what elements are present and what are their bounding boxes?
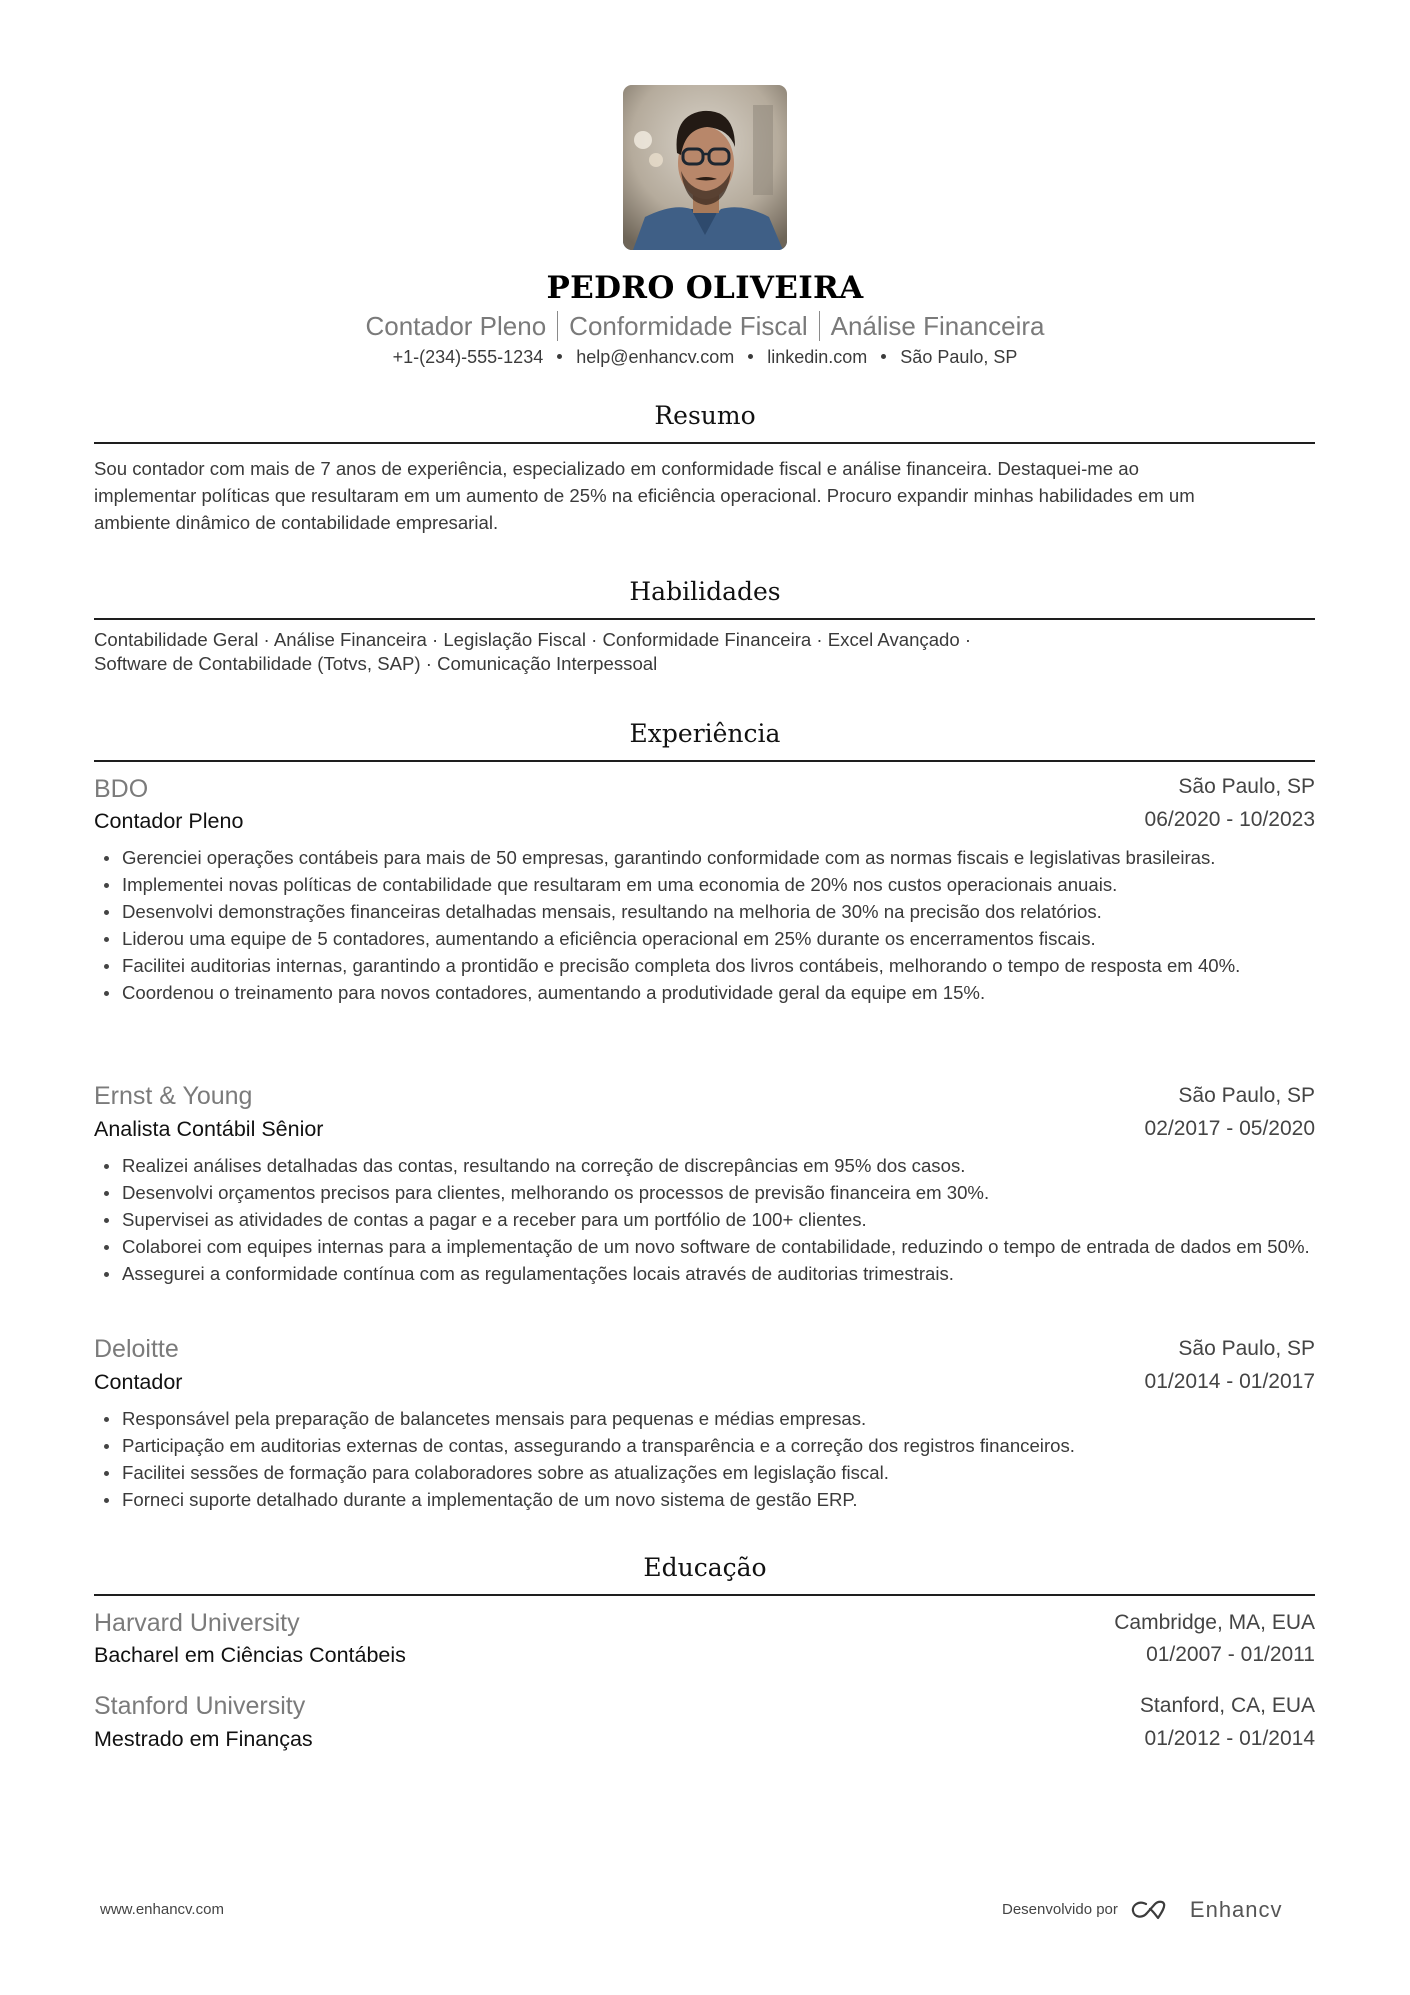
person-portrait-icon [623,85,787,250]
resume-page: PEDRO OLIVEIRA Contador PlenoConformidad… [0,0,1410,1995]
job-dates: 02/2017 - 05/2020 [1145,1115,1315,1143]
email-link[interactable]: help@enhancv.com [576,347,734,367]
section-divider [94,760,1315,762]
skills-line: Software de Contabilidade (Totvs, SAP) ·… [94,652,1319,676]
section-title-summary: Resumo [0,400,1410,432]
edu-degree: Mestrado em Finanças [94,1725,313,1753]
list-item: Gerenciei operações contábeis para mais … [94,844,1319,871]
job-company: Ernst & Young [94,1081,252,1111]
job-location: São Paulo, SP [1178,1335,1315,1363]
job-location: São Paulo, SP [1178,1082,1315,1110]
summary-line: implementar políticas que resultaram em … [94,482,1319,509]
edu-degree: Bacharel em Ciências Contábeis [94,1641,406,1669]
job-role: Contador [94,1368,182,1396]
headline-part: Contador Pleno [365,311,546,341]
job-location: São Paulo, SP [1178,773,1315,801]
footer-powered-by[interactable]: Desenvolvido por Enhancv [1002,1898,1283,1922]
candidate-name: PEDRO OLIVEIRA [0,268,1410,308]
job-role: Contador Pleno [94,807,243,835]
section-divider [94,1594,1315,1596]
bullet-separator-icon [557,354,562,359]
powered-by-label: Desenvolvido por [1002,1899,1118,1921]
skills-line: Contabilidade Geral · Análise Financeira… [94,628,1319,652]
list-item: Supervisei as atividades de contas a pag… [94,1206,1319,1233]
enhancv-brand: Enhancv [1190,1899,1283,1921]
list-item: Realizei análises detalhadas das contas,… [94,1152,1319,1179]
location: São Paulo, SP [900,347,1017,367]
phone-number[interactable]: +1-(234)-555-1234 [393,347,544,367]
job-role: Analista Contábil Sênior [94,1115,323,1143]
skills-list: Contabilidade Geral · Análise Financeira… [94,628,1319,676]
list-item: Coordenou o treinamento para novos conta… [94,979,1319,1006]
job-company: Deloitte [94,1334,179,1364]
job-dates: 06/2020 - 10/2023 [1145,806,1315,834]
summary-text: Sou contador com mais de 7 anos de exper… [94,455,1319,536]
list-item: Liderou uma equipe de 5 contadores, aume… [94,925,1319,952]
summary-line: ambiente dinâmico de contabilidade empre… [94,509,1319,536]
job-bullets: Gerenciei operações contábeis para mais … [94,844,1319,1006]
job-dates: 01/2014 - 01/2017 [1145,1368,1315,1396]
section-divider [94,618,1315,620]
section-title-education: Educação [0,1552,1410,1584]
bullet-separator-icon [748,354,753,359]
list-item: Facilitei auditorias internas, garantind… [94,952,1319,979]
list-item: Desenvolvi demonstrações financeiras det… [94,898,1319,925]
section-title-experience: Experiência [0,718,1410,750]
edu-location: Stanford, CA, EUA [1140,1692,1315,1720]
list-item: Participação em auditorias externas de c… [94,1432,1319,1459]
bullet-separator-icon [881,354,886,359]
section-divider [94,442,1315,444]
list-item: Facilitei sessões de formação para colab… [94,1459,1319,1486]
list-item: Colaborei com equipes internas para a im… [94,1233,1319,1260]
linkedin-link[interactable]: linkedin.com [767,347,867,367]
footer-website-link[interactable]: www.enhancv.com [100,1900,224,1920]
edu-school: Stanford University [94,1691,305,1721]
edu-school: Harvard University [94,1608,300,1638]
profile-photo [623,85,787,250]
list-item: Responsável pela preparação de balancete… [94,1405,1319,1432]
section-title-skills: Habilidades [0,576,1410,608]
headline-part: Conformidade Fiscal [569,311,807,341]
job-company: BDO [94,774,148,804]
list-item: Forneci suporte detalhado durante a impl… [94,1486,1319,1513]
list-item: Desenvolvi orçamentos precisos para clie… [94,1179,1319,1206]
divider [557,311,558,341]
job-bullets: Responsável pela preparação de balancete… [94,1405,1319,1513]
list-item: Implementei novas políticas de contabili… [94,871,1319,898]
list-item: Assegurei a conformidade contínua com as… [94,1260,1319,1287]
contact-line: +1-(234)-555-1234help@enhancv.comlinkedi… [0,345,1410,369]
headline-part: Análise Financeira [831,311,1045,341]
edu-location: Cambridge, MA, EUA [1114,1609,1315,1637]
job-bullets: Realizei análises detalhadas das contas,… [94,1152,1319,1287]
headline: Contador PlenoConformidade FiscalAnálise… [0,310,1410,342]
enhancv-logo-icon [1130,1898,1176,1922]
summary-line: Sou contador com mais de 7 anos de exper… [94,455,1319,482]
divider [819,311,820,341]
edu-dates: 01/2012 - 01/2014 [1145,1725,1315,1753]
edu-dates: 01/2007 - 01/2011 [1146,1641,1315,1669]
